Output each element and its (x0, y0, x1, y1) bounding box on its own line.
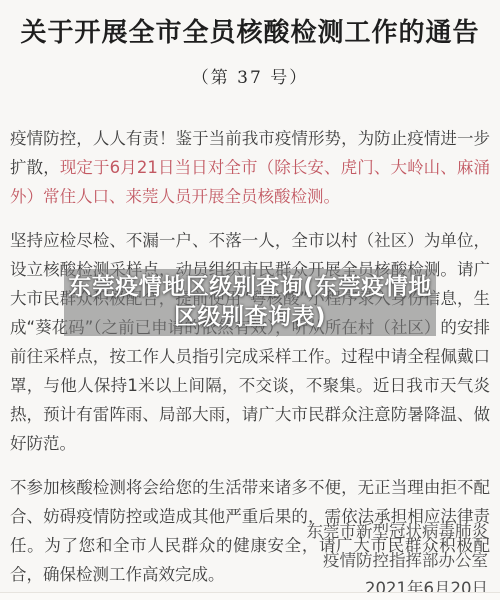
signature-block: 东莞市新型冠状病毒肺炎 疫情防控指挥部办公室 2021年6月20日 (307, 518, 489, 600)
paragraph-2-plain-text: 坚持应检尽检、不漏一户、不落一人，全市以村（社区）为单位，设立核酸检测采样点，动… (10, 231, 490, 453)
paragraph-2: 坚持应检尽检、不漏一户、不落一人，全市以村（社区）为单位，设立核酸检测采样点，动… (10, 226, 490, 458)
bottom-edge-strip (0, 592, 500, 600)
notice-document: 关于开展全市全员核酸检测工作的通告 （第 37 号） 疫情防控，人人有责！鉴于当… (0, 0, 500, 600)
signature-org-line2: 疫情防控指挥部办公室 (307, 547, 489, 576)
notice-issue-number: （第 37 号） (0, 63, 500, 88)
signature-org-line1: 东莞市新型冠状病毒肺炎 (307, 518, 489, 547)
paragraph-1-highlighted-text: 现定于6月21日当日对全市（除长安、虎门、大岭山、麻涌外）常住人口、来莞人员开展… (10, 158, 490, 206)
notice-title: 关于开展全市全员核酸检测工作的通告 (0, 0, 500, 49)
paragraph-1: 疫情防控，人人有责！鉴于当前我市疫情形势，为防止疫情进一步扩散，现定于6月21日… (10, 124, 490, 211)
watermark-caption: 东莞疫情地区级别查询(东莞疫情地区级别查询表) (64, 269, 436, 336)
